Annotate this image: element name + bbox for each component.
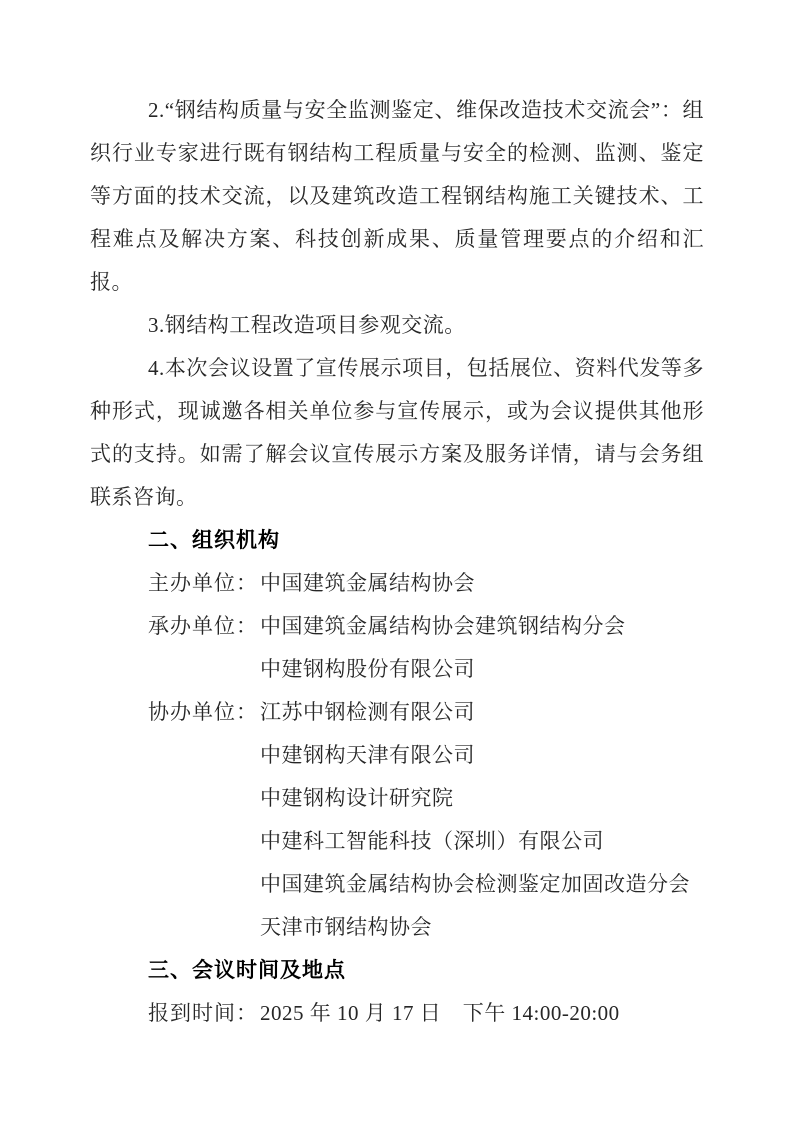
org-row-organizer: 承办单位： 中国建筑金属结构协会建筑钢结构分会 中建钢构股份有限公司	[148, 605, 704, 691]
registration-time-value: 2025 年 10 月 17 日 下午 14:00-20:00	[260, 992, 704, 1035]
org-values-coorganizer: 江苏中钢检测有限公司 中建钢构天津有限公司 中建钢构设计研究院 中建科工智能科技…	[260, 691, 704, 949]
org-values-host: 中国建筑金属结构协会	[260, 562, 704, 605]
org-value-line: 中建钢构设计研究院	[260, 777, 704, 820]
page-content: 2.“钢结构质量与安全监测鉴定、维保改造技术交流会”：组织行业专家进行既有钢结构…	[0, 0, 704, 1035]
org-row-coorganizer: 协办单位： 江苏中钢检测有限公司 中建钢构天津有限公司 中建钢构设计研究院 中建…	[148, 691, 704, 949]
org-label-organizer: 承办单位：	[148, 605, 260, 691]
document-page: 2.“钢结构质量与安全监测鉴定、维保改造技术交流会”：组织行业专家进行既有钢结构…	[0, 0, 793, 1122]
registration-time-row: 报到时间： 2025 年 10 月 17 日 下午 14:00-20:00	[148, 992, 704, 1035]
paragraph-item-4: 4.本次会议设置了宣传展示项目，包括展位、资料代发等多种形式，现诚邀各相关单位参…	[90, 347, 704, 519]
org-value-line: 中建科工智能科技（深圳）有限公司	[260, 820, 704, 863]
org-label-coorganizer: 协办单位：	[148, 691, 260, 949]
org-value-line: 江苏中钢检测有限公司	[260, 691, 704, 734]
paragraph-item-3: 3.钢结构工程改造项目参观交流。	[90, 304, 704, 347]
org-values-organizer: 中国建筑金属结构协会建筑钢结构分会 中建钢构股份有限公司	[260, 605, 704, 691]
org-value-line: 中建钢构天津有限公司	[260, 734, 704, 777]
org-value-line: 中国建筑金属结构协会	[260, 562, 704, 605]
section-heading-organization: 二、组织机构	[90, 519, 704, 562]
org-value-line: 天津市钢结构协会	[260, 906, 704, 949]
org-value-line: 中国建筑金属结构协会检测鉴定加固改造分会	[260, 863, 704, 906]
section-heading-schedule: 三、会议时间及地点	[90, 949, 704, 992]
org-value-line: 中建钢构股份有限公司	[260, 648, 704, 691]
org-value-line: 中国建筑金属结构协会建筑钢结构分会	[260, 605, 704, 648]
registration-time-label: 报到时间：	[148, 992, 260, 1035]
org-row-host: 主办单位： 中国建筑金属结构协会	[148, 562, 704, 605]
org-label-host: 主办单位：	[148, 562, 260, 605]
paragraph-item-2: 2.“钢结构质量与安全监测鉴定、维保改造技术交流会”：组织行业专家进行既有钢结构…	[90, 89, 704, 304]
